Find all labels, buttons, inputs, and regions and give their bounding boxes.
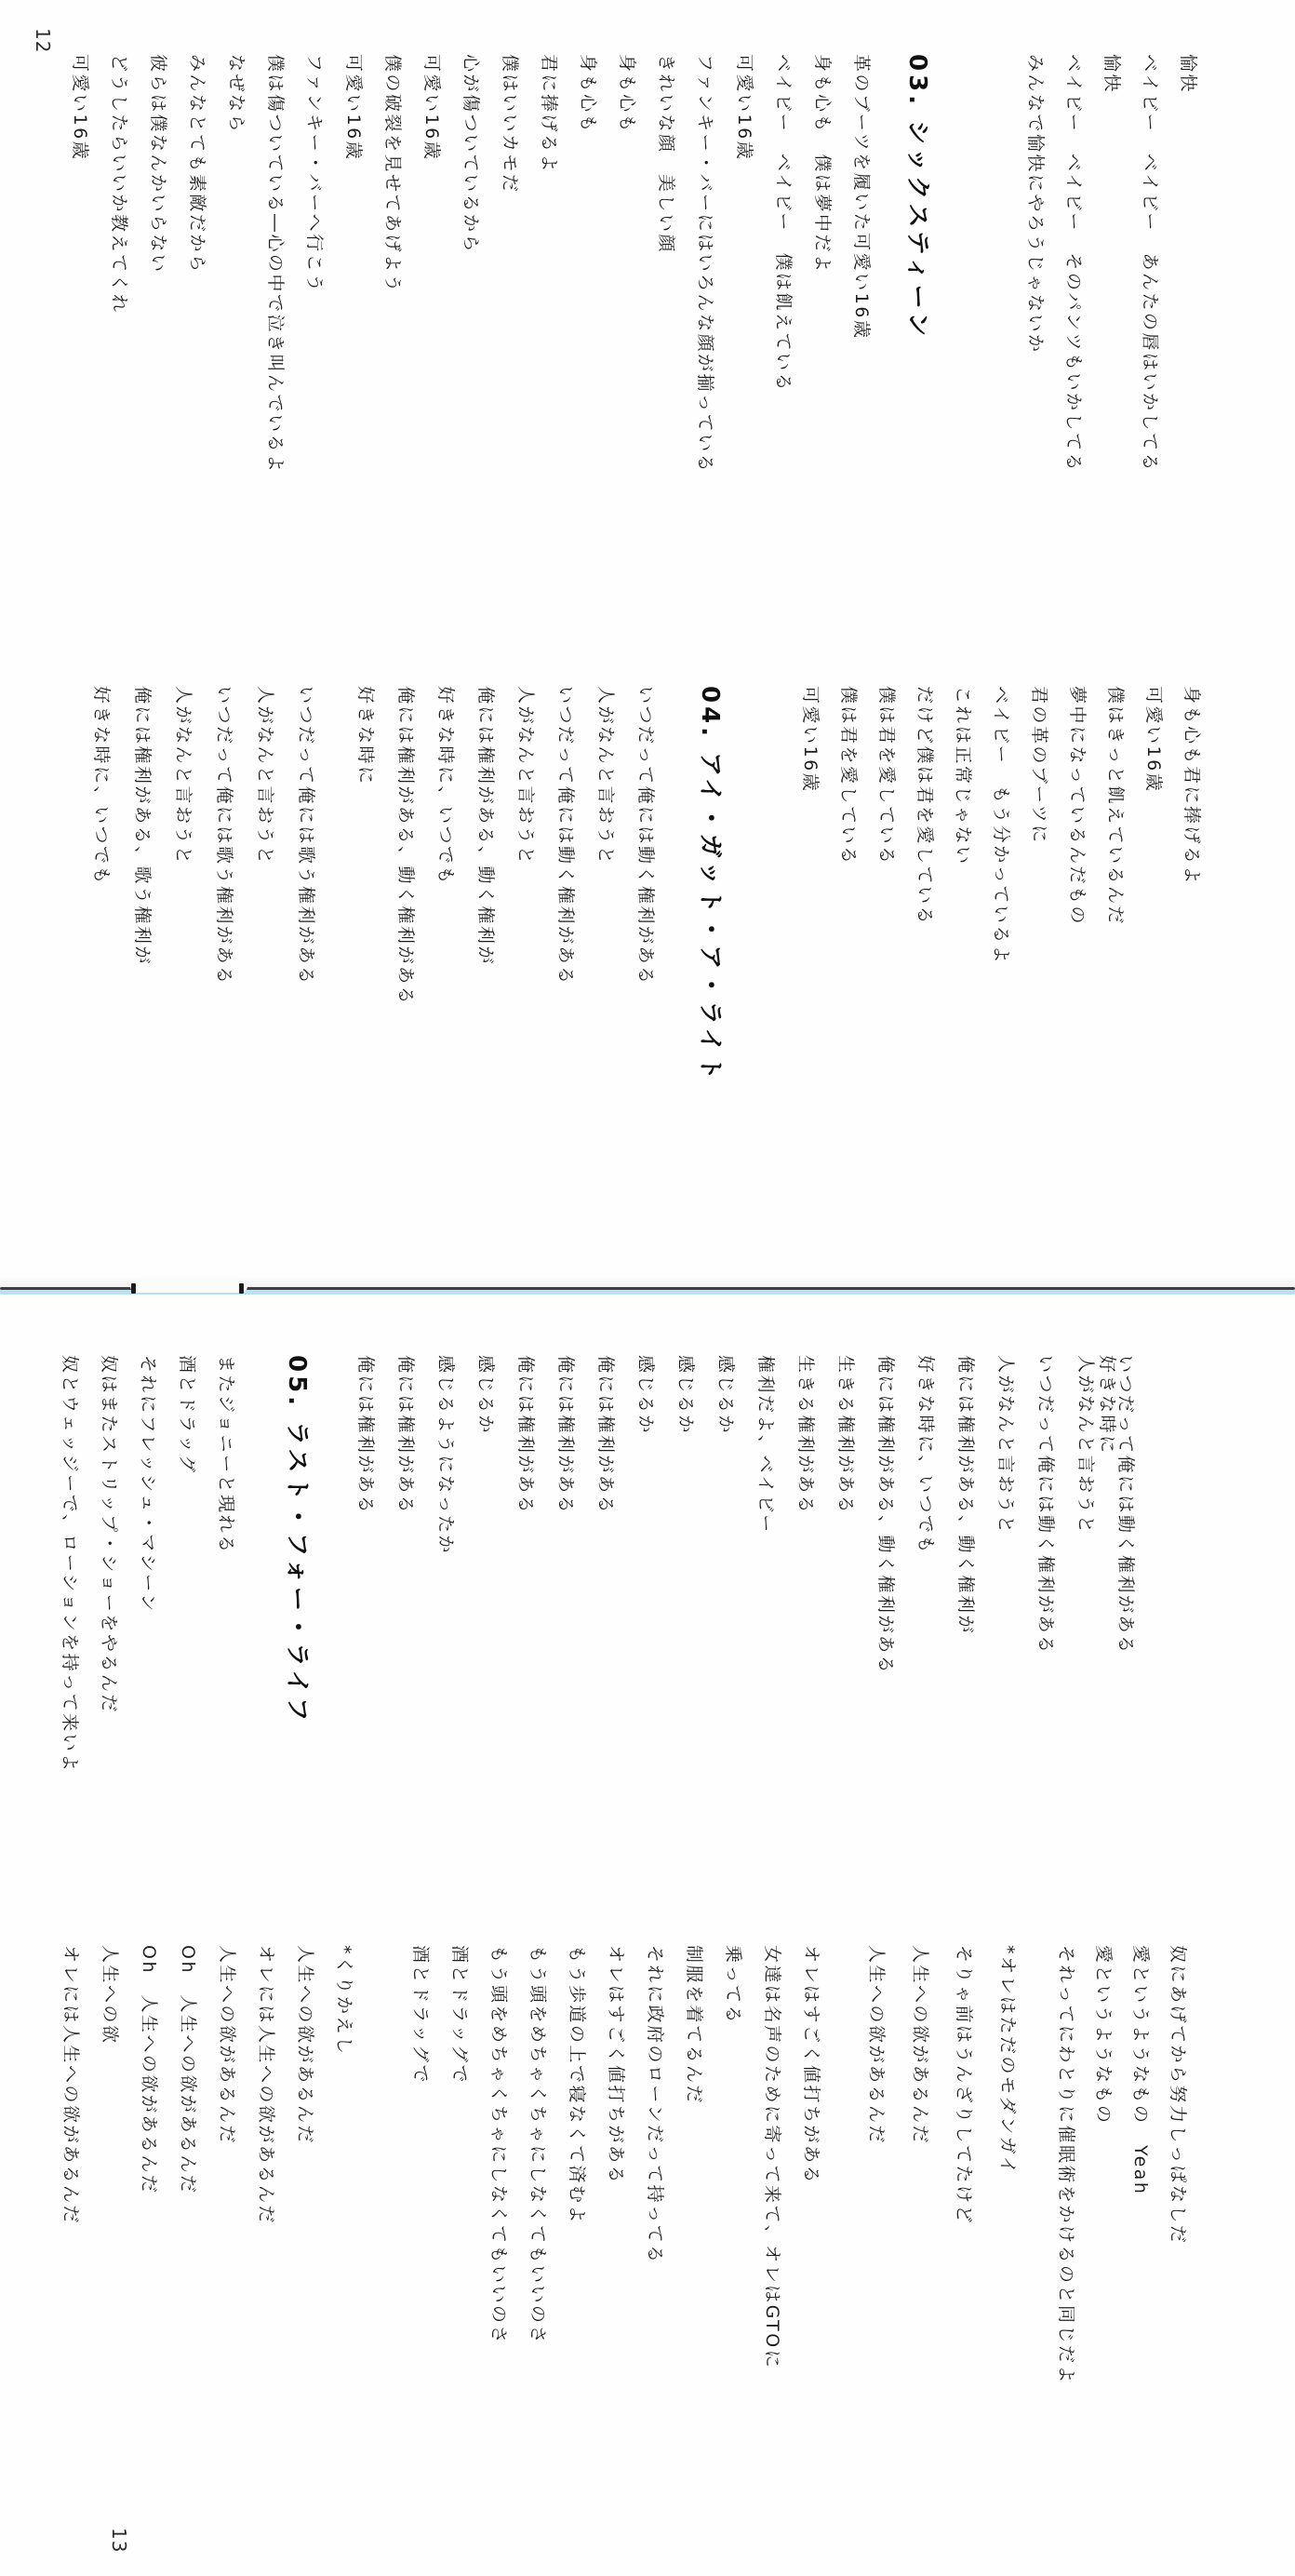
lyric-line: 君の革のブーツに bbox=[1020, 686, 1058, 965]
lyric-line: 俺には権利がある、動く権利が bbox=[945, 1355, 985, 1675]
lyric-line: 可愛い16歳 bbox=[334, 54, 373, 475]
lyric-line: それってにわとりに催眠術をかけるのと同じだよ bbox=[1048, 1945, 1085, 2385]
lyric-line: またジョニーと現れる bbox=[207, 1355, 246, 1774]
lyric-line: 僕は君を愛している bbox=[829, 686, 867, 965]
lyric-line: 好きな時に、いつでも bbox=[905, 1355, 945, 1675]
lyric-line: 可愛い16歳 bbox=[412, 54, 451, 475]
lyric-line: 人がなんと言おうと bbox=[985, 1355, 1025, 1675]
lyric-line: ベイビー ベイビー 僕は飢えている bbox=[764, 54, 803, 475]
lyric-line: 人生への欲があるんだ bbox=[207, 1945, 247, 2225]
lust-verse-a-block: 奴にあげてから努力しっぱなしだ愛というようなもの Yeah愛というようなものそれ… bbox=[1048, 1945, 1196, 2385]
lyric-line: 感じるか bbox=[625, 1355, 665, 1675]
lyric-line: 権利だよ、ベイビー bbox=[745, 1355, 785, 1675]
igar-verse1-block: いつだって俺には動く権利がある人がなんと言おうといつだって俺には動く権利がある人… bbox=[345, 686, 665, 1006]
lyric-line: ベイビー ベイビー あんたの唇はいかしてる bbox=[1130, 54, 1168, 473]
lyric-line: 身も心も 僕は夢中だよ bbox=[803, 54, 842, 475]
lyric-line: 愉快 bbox=[1092, 54, 1130, 473]
lyric-line: オレはすごく値打ちがある bbox=[792, 1945, 831, 2369]
staple-mark-icon bbox=[131, 1283, 136, 1294]
lyric-line: 人生への欲があるんだ bbox=[898, 1945, 941, 2225]
track05-heading: 05. ラスト・フォー・ライフ bbox=[282, 1355, 316, 1724]
lyric-line: みんなとても素敵だから bbox=[178, 54, 217, 475]
lyric-line: 俺には権利がある bbox=[345, 1355, 385, 1675]
lyric-line: 人生への欲があるんだ bbox=[286, 1945, 325, 2225]
lyric-line: だけど僕は君を愛している bbox=[905, 686, 943, 965]
lyric-line: 人がなんと言おうと bbox=[585, 686, 625, 1006]
lyric-line: 身も心も bbox=[568, 54, 607, 475]
igar-verse2-block: いつだって俺には歌う権利がある人がなんと言おうといつだって俺には歌う権利がある人… bbox=[81, 686, 327, 986]
lyric-line: いつだって俺には歌う権利がある bbox=[286, 686, 327, 986]
lyric-line: 可愛い16歳 bbox=[791, 686, 829, 965]
track04-heading: 04. アイ・ガット・ア・ライト bbox=[695, 686, 729, 1083]
lyric-line: 僕は傷ついている―心の中で泣き叫んでいるよ bbox=[256, 54, 295, 475]
lyric-line: そりゃ前はうんざりしてたけど bbox=[941, 1945, 985, 2225]
lyric-line: 俺には権利がある、動く権利がある bbox=[385, 686, 425, 1006]
lyric-line: 奴はまたストリップ・ショーをやるんだ bbox=[89, 1355, 128, 1774]
lyric-line: 僕の破裂を見せてあげよう bbox=[373, 54, 412, 475]
lyric-line: 俺には権利がある bbox=[505, 1355, 545, 1675]
sixteen-lyrics-block: 革のブーツを履いた可愛い16歳身も心も 僕は夢中だよベイビー ベイビー 僕は飢え… bbox=[60, 54, 881, 475]
lyric-line: みんなで愉快にやろうじゃないか bbox=[1016, 54, 1054, 473]
lyrics-page-spread: 愉快ベイビー ベイビー あんたの唇はいかしてる愉快ベイビー ベイビー そのパンツ… bbox=[0, 0, 1295, 2576]
lyric-line: 人生への欲があるんだ bbox=[854, 1945, 898, 2225]
lyric-line: オレには人生への欲があるんだ bbox=[51, 1945, 90, 2225]
lyric-line: 人がなんと言おうと bbox=[505, 686, 545, 1006]
lyric-line: 身も心も bbox=[607, 54, 647, 475]
lyric-line: 可愛い16歳 bbox=[725, 54, 764, 475]
lyric-line: 革のブーツを履いた可愛い16歳 bbox=[842, 54, 881, 475]
page-number-12: 12 bbox=[32, 28, 54, 53]
lyric-line: 乗ってる bbox=[714, 1945, 753, 2369]
lyric-line: 僕はいいカモだ bbox=[490, 54, 529, 475]
lyric-line: 人がなんと言おうと bbox=[163, 686, 204, 986]
lyric-line: オレはすごく値打ちがある bbox=[596, 1945, 635, 2369]
lyric-line: それにフレッシュ・マシーン bbox=[128, 1355, 167, 1774]
lyric-line: 夢中になっているんだもの bbox=[1058, 686, 1096, 965]
lyric-line: いつだって俺には歌う権利がある bbox=[204, 686, 245, 986]
lyric-line: 僕はきっと飢えているんだ bbox=[1096, 686, 1134, 965]
lyric-line: 人生への欲 bbox=[90, 1945, 129, 2225]
lyric-line: 好きな時に、いつでも bbox=[425, 686, 465, 1006]
lyric-line: 女達は名声のために寄って来て、オレはGTOに bbox=[753, 1945, 792, 2369]
lyric-line: 身も心も君に捧げるよ bbox=[1172, 686, 1210, 965]
lyric-line: 生きる権利がある bbox=[785, 1355, 825, 1675]
funtime-outro-block: 愉快ベイビー ベイビー あんたの唇はいかしてる愉快ベイビー ベイビー そのパンツ… bbox=[1016, 54, 1207, 473]
lyric-line: 俺には権利がある bbox=[385, 1355, 425, 1675]
page-13-rotated-content: 好きな時に いつだって俺には動く権利がある人がなんと言おうといつだって俺には動く… bbox=[0, 1301, 1295, 2574]
lyric-line: オレには人生への欲があるんだ bbox=[247, 1945, 286, 2225]
lyric-line: それに政府のローンだって持ってる bbox=[635, 1945, 674, 2369]
lyric-line: 俺には権利がある、動く権利が bbox=[465, 686, 505, 1006]
page-13-scan: 好きな時に いつだって俺には動く権利がある人がなんと言おうといつだって俺には動く… bbox=[0, 1301, 1295, 2576]
lyric-line: 奴にあげてから努力しっぱなしだ bbox=[1159, 1945, 1196, 2385]
lyric-line: 感じるようになったか bbox=[425, 1355, 465, 1675]
lyric-line: もう頭をめちゃくちゃにしなくてもいいのさ bbox=[479, 1945, 518, 2369]
staple-mark-icon bbox=[239, 1283, 244, 1294]
lyric-line: なぜなら bbox=[217, 54, 256, 475]
lyric-line: 感じるか bbox=[465, 1355, 505, 1675]
lyric-line: 俺には権利がある bbox=[585, 1355, 625, 1675]
lyric-line: 感じるか bbox=[705, 1355, 745, 1675]
lyric-line: 酒とドラッグ bbox=[167, 1355, 207, 1774]
lyric-line: ファンキー・バーへ行こう bbox=[295, 54, 334, 475]
lyric-line: 彼らは僕なんかいらない bbox=[139, 54, 178, 475]
lyric-line: これは正常じゃない bbox=[943, 686, 981, 965]
lyric-line: 愛というようなもの bbox=[1085, 1945, 1122, 2385]
lyric-line: 生きる権利がある bbox=[825, 1355, 865, 1675]
lyric-line: 俺には権利がある bbox=[545, 1355, 585, 1675]
lyric-line: 酒とドラッグで bbox=[401, 1945, 440, 2369]
track03-heading: 03. シックスティーン bbox=[902, 54, 937, 340]
page-12-rotated-content: 愉快ベイビー ベイビー あんたの唇はいかしてる愉快ベイビー ベイビー そのパンツ… bbox=[0, 0, 1295, 1288]
lyric-line: どうしたらいいか教えてくれ bbox=[100, 54, 139, 475]
igar-cont-block: いつだって俺には動く権利がある人がなんと言おうといつだって俺には動く権利がある人… bbox=[345, 1355, 1145, 1675]
sixteen-lyrics-cont-block: 身も心も君に捧げるよ可愛い16歳僕はきっと飢えているんだ夢中になっているんだもの… bbox=[791, 686, 1210, 965]
lyric-line: *オレはただのモダンガイ bbox=[985, 1945, 1029, 2225]
lyric-line: 奴とウェッジーで、ローションを持って来いよ bbox=[50, 1355, 89, 1774]
lyric-line: 人がなんと言おうと bbox=[1065, 1355, 1105, 1675]
lyric-line: 愛というようなもの Yeah bbox=[1122, 1945, 1159, 2385]
lyric-line: 好きな時に、いつでも bbox=[81, 686, 122, 986]
lust-outro-block: *くりかえし人生への欲があるんだオレには人生への欲があるんだ人生への欲があるんだ… bbox=[51, 1945, 364, 2225]
lyric-line: もう頭をめちゃくちゃにしなくてもいいのさ bbox=[518, 1945, 557, 2369]
lyric-line: 感じるか bbox=[665, 1355, 705, 1675]
lyric-line: 君に捧げるよ bbox=[529, 54, 568, 475]
lyric-line: 可愛い16歳 bbox=[60, 54, 100, 475]
lust-intro-block: またジョニーと現れる酒とドラッグそれにフレッシュ・マシーン奴はまたストリップ・シ… bbox=[50, 1355, 246, 1774]
lyric-line: ファンキー・バーにはいろんな顔が揃っている bbox=[686, 54, 725, 475]
lyric-line: *くりかえし bbox=[325, 1945, 364, 2225]
lyric-line: 人がなんと言おうと bbox=[245, 686, 286, 986]
lyric-line: 僕は君を愛している bbox=[867, 686, 905, 965]
lyric-line: ベイビー もう分かっているよ bbox=[981, 686, 1020, 965]
page-number-13: 13 bbox=[108, 2528, 130, 2553]
lust-refrain-block: *オレはただのモダンガイそりゃ前はうんざりしてたけど人生への欲があるんだ人生への… bbox=[854, 1945, 1029, 2225]
lyric-line: いつだって俺には動く権利がある bbox=[1025, 1355, 1065, 1675]
lyric-line: きれいな顔 美しい顔 bbox=[647, 54, 686, 475]
page-12-scan: 愉快ベイビー ベイビー あんたの唇はいかしてる愉快ベイビー ベイビー そのパンツ… bbox=[0, 0, 1295, 1288]
lyric-line: いつだって俺には動く権利がある bbox=[625, 686, 665, 1006]
lyric-line: もう歩道の上で寝なくて済むよ bbox=[557, 1945, 596, 2369]
lyric-line: 俺には権利がある、歌う権利が bbox=[122, 686, 163, 986]
lyric-line: 可愛い16歳 bbox=[1134, 686, 1172, 965]
lyric-line: いつだって俺には動く権利がある bbox=[545, 686, 585, 1006]
lyric-line: 心が傷ついているから bbox=[451, 54, 490, 475]
lyric-line: 愉快 bbox=[1168, 54, 1207, 473]
lyric-line: いつだって俺には動く権利がある bbox=[1105, 1355, 1145, 1675]
lust-verse-b-block: オレはすごく値打ちがある女達は名声のために寄って来て、オレはGTOに乗ってる制服… bbox=[401, 1945, 831, 2369]
lyric-line: 制服を着てるんだ bbox=[674, 1945, 714, 2369]
lyric-line: 俺には権利がある、動く権利がある bbox=[865, 1355, 905, 1675]
lyric-line: 酒とドラッグで bbox=[440, 1945, 479, 2369]
staple-area bbox=[130, 1280, 247, 1293]
lyric-line: Oh 人生への欲があるんだ bbox=[168, 1945, 207, 2225]
lyric-line: 好きな時に bbox=[345, 686, 385, 1006]
lyric-line: ベイビー ベイビー そのパンツもいかしてる bbox=[1054, 54, 1092, 473]
lyric-line: Oh 人生への欲があるんだ bbox=[129, 1945, 168, 2225]
